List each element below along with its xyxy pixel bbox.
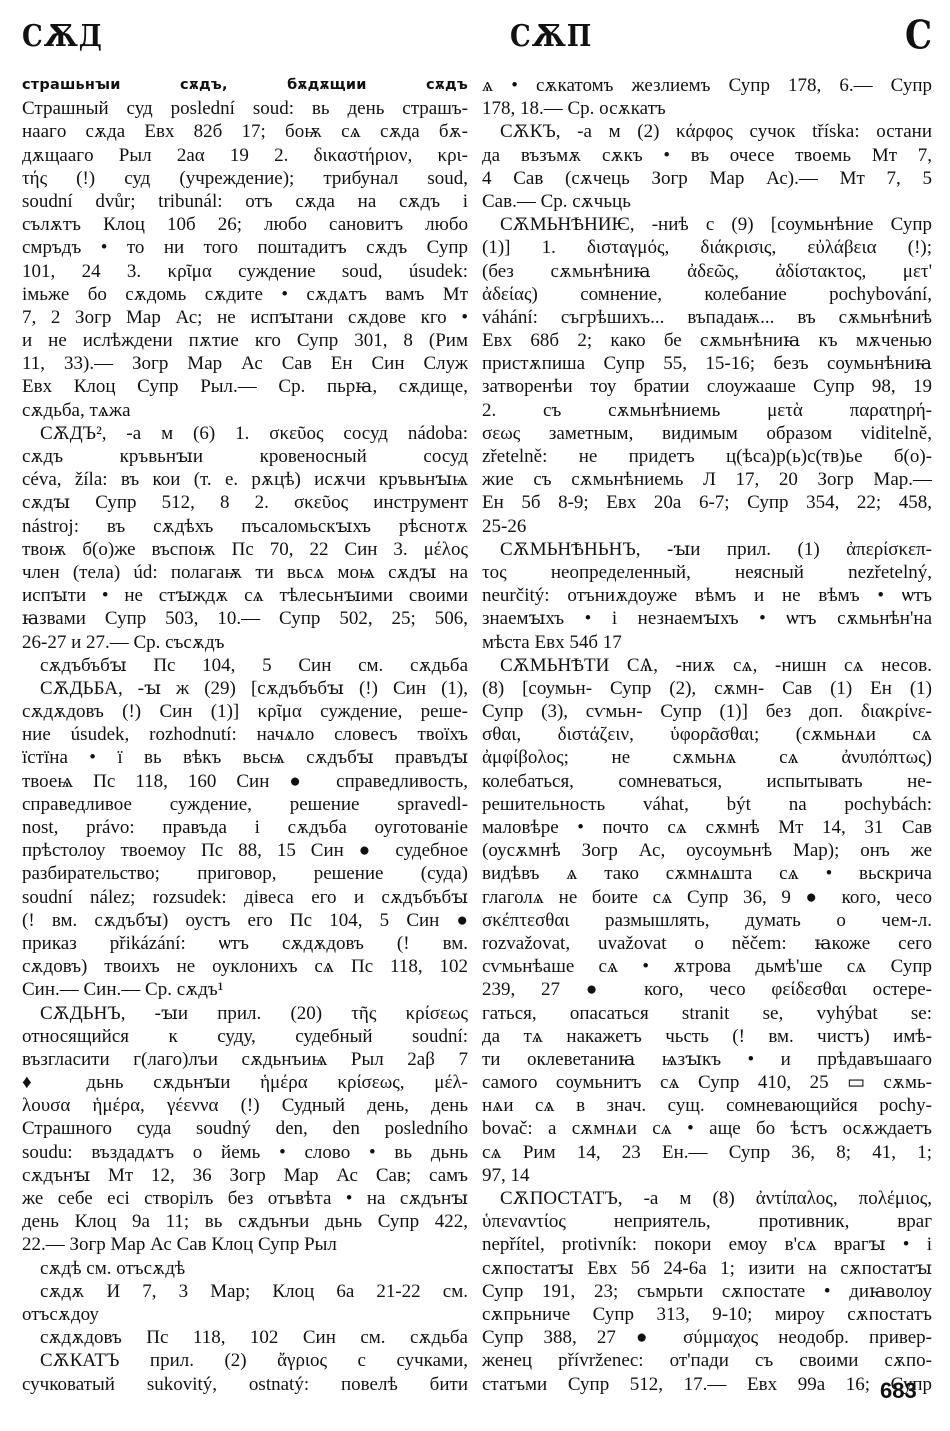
dictionary-line: soudní nález; rozsudek: дівеса его и сѫд…: [22, 886, 468, 909]
dictionary-line: сѫпрьниче Супр 313, 9-10; мироу сѫпостат…: [482, 1303, 932, 1326]
dictionary-line: же себе есі створілъ без отъвѣта • на сѫ…: [22, 1187, 468, 1210]
dictionary-line: ти оклеветаниꙗ ѩзꙑкъ • и прѣдавъшааго: [482, 1048, 932, 1071]
dictionary-line: да тѧ накажетъ чьсть (! вм. чистъ) имѣ-: [482, 1025, 932, 1048]
dictionary-line: 101, 24 3. κρῖμα суждение soud, úsudek:: [22, 260, 468, 283]
left-column: страшьнꙑи сѫдъ, бѫдѫщии сѫдъСтрашный суд…: [22, 74, 468, 1396]
dictionary-line: прѣстолоу твоемоу Пс 88, 15 Син ● судебн…: [22, 839, 468, 862]
dictionary-line: нѧи сѧ в знач. сущ. сомневающийся pochy-: [482, 1094, 932, 1117]
dictionary-line: мѣста Евх 54б 17: [482, 631, 932, 654]
dictionary-line: nost, právo: правъда і сѫдъба оуготовані…: [22, 816, 468, 839]
dictionary-line: наагo сѫда Евх 82б 17; бoѭ сѧ сѫда бѫ-: [22, 120, 468, 143]
dictionary-line: ὑπεναντίος неприятель, противник, враг: [482, 1210, 932, 1233]
right-column: ѧ • сѫкатомъ жезлиемъ Супр 178, 6.— Супр…: [482, 74, 932, 1396]
dictionary-line: 25-26: [482, 515, 932, 538]
dictionary-line: (без сѫмьнѣниꙗ ἀδεῶς, ἀδίστακτος, μετ': [482, 260, 932, 283]
dictionary-line: soudu: въздадѧтъ о йемь • слово • вь дьн…: [22, 1141, 468, 1164]
dictionary-line: СѪДЬНЪ, -ꙑи прил. (20) τῆς κρίσεως: [22, 1002, 468, 1025]
dictionary-line: справедливое суждение, решение spravedl-: [22, 793, 468, 816]
dictionary-line: сучковатый sukovitý, ostnatý: повелѣ бит…: [22, 1373, 468, 1396]
dictionary-line: váhání: съгрѣшихъ... въпадаѭ... въ сѫмьн…: [482, 306, 932, 329]
dictionary-line: твоѭ б(о)же въспоѭ Пс 70, 22 Син 3. μέλο…: [22, 538, 468, 561]
dictionary-line: σθαι, διστάζειν, ὑφορᾶσθαι; (сѫмьнѧи сѧ: [482, 723, 932, 746]
dictionary-line: самого соумьнитъ сѧ Супр 410, 25 ▭ сѫмь-: [482, 1071, 932, 1094]
dictionary-line: ѧ • сѫкатомъ жезлиемъ Супр 178, 6.— Супр: [482, 74, 932, 97]
dictionary-line: (оусѫмнѣ Зогр Ас, оусоумьнѣ Мар); онъ же: [482, 839, 932, 862]
dictionary-line: СѪПОСТАТЪ, -а м (8) ἀντίπαλος, πολέμιος,: [482, 1187, 932, 1210]
dictionary-line: сѫдънꙑ Мт 12, 36 Зогр Мар Ас Сав; самъ: [22, 1164, 468, 1187]
dictionary-line: отъсѫдоу: [22, 1303, 468, 1326]
dictionary-line: сѧ Рим 14, 23 Ен.— Супр 36, 8; 41, 1;: [482, 1141, 932, 1164]
dictionary-line: ꙗзвами Супр 503, 10.— Супр 502, 25; 506,: [22, 607, 468, 630]
running-head-left: СѪД: [22, 20, 103, 55]
dictionary-line: сѫдѫдовъ (!) Син (1)] κρῖμα суждение, ре…: [22, 700, 468, 723]
dictionary-line: 7, 2 Зогр Мар Ас; не испꙑтани сѫдове кго…: [22, 306, 468, 329]
dictionary-line: испꙑти • не стꙑждѫ сѧ тѣлесьнꙑими своими: [22, 584, 468, 607]
section-letter: С: [905, 13, 932, 59]
dictionary-line: сѫдѣ см. отъсѫдѣ: [22, 1257, 468, 1280]
dictionary-line: решительность váhat, být na pochybách:: [482, 793, 932, 816]
dictionary-line: (! вм. сѫдъбꙑ) оустъ его Пс 104, 5 Син ●: [22, 909, 468, 932]
dictionary-line: относящийся к суду, судебный soudní:: [22, 1025, 468, 1048]
dictionary-line: 26-27 и 27.— Ср. съсѫдъ: [22, 631, 468, 654]
dictionary-line: Евх 68б 2; како бе сѫмьнѣниꙗ къ мѫченью: [482, 329, 932, 352]
dictionary-line: и не ислѣждени пѫтие кго Супр 301, 8 (Ри…: [22, 329, 468, 352]
dictionary-line: разбирательство; приговор, решение (суда…: [22, 862, 468, 885]
dictionary-line: дѫщаагo Рыл 2аα 19 2. δικαστήριον, κρι-: [22, 144, 468, 167]
dictionary-line: възгласити г(лаго)лъи сѫдьнъиѩ Рыл 2аβ 7: [22, 1048, 468, 1071]
dictionary-line: Супр (3), сѵмьн- Супр (1)] без доп. διακ…: [482, 700, 932, 723]
dictionary-line: гаться, опасаться stranit se, vyhýbat se…: [482, 1002, 932, 1025]
dictionary-line: маловѣре • почто сѧ сѫмнѣ Мт 14, 31 Сав: [482, 816, 932, 839]
dictionary-line: глаголѧ не боите сѧ Супр 36, 9 ● кого, ч…: [482, 886, 932, 909]
dictionary-line: nástroj: въ сѫдѣхъ пъсаломьскꙑхъ рѣснотѫ: [22, 515, 468, 538]
dictionary-line: твоеѩ Пс 118, 160 Син ● справедливость,: [22, 770, 468, 793]
dictionary-line: ἀμφίβολος; не сѫмьнѧ сѧ ἀνυπόπτως): [482, 746, 932, 769]
dictionary-line: 97, 14: [482, 1164, 932, 1187]
dictionary-line: σεως заметным, видимым образом viditelně…: [482, 422, 932, 445]
dictionary-line: сѫдьба, тѧжа: [22, 399, 468, 422]
dictionary-line: СѪКЪ, -а м (2) κάρφος сучок tříska: оста…: [482, 120, 932, 143]
dictionary-line: імьже бо сѫдомь сѫдите • сѫдѧтъ вамъ Мт: [22, 283, 468, 306]
dictionary-line: ♦ дьнь сѫдьнꙑи ἡμέρα κρίσεως, μέλ-: [22, 1071, 468, 1094]
dictionary-line: член (тела) úd: полагаѭ ти вьсѧ моѩ сѫдꙑ…: [22, 561, 468, 584]
dictionary-line: сѫпостатꙑ Евх 5б 24-6а 1; изити на сѫпос…: [482, 1257, 932, 1280]
dictionary-line: 239, 27 ● кого, чесо φείδεσθαι остере-: [482, 978, 932, 1001]
dictionary-line: страшьнꙑи сѫдъ, бѫдѫщии сѫдъ: [22, 74, 468, 97]
dictionary-line: СѪМЬНѢНИѤ, -ниѣ с (9) [соумьнѣние Супр: [482, 213, 932, 236]
dictionary-line: жие съ сѫмьнѣниемь Л 17, 20 Зогр Мар.—: [482, 468, 932, 491]
dictionary-line: сълѫтъ Клоц 10б 26; любо сановитъ любо: [22, 213, 468, 236]
dictionary-line: Страшного суда soudný den, den posledníh…: [22, 1117, 468, 1140]
dictionary-line: приказ přikázání: ѡтъ сѫдѫдовъ (! вм.: [22, 932, 468, 955]
dictionary-line: 178, 18.— Ср. осѫкатъ: [482, 97, 932, 120]
page-header: СѪД СѪП С: [0, 0, 950, 60]
dictionary-line: знаемꙑхъ • і незнаемꙑхъ • ѡтъ сѫмьнѣн'на: [482, 607, 932, 630]
dictionary-line: Супр 191, 23; съмрьти сѫпостате • диꙗвол…: [482, 1280, 932, 1303]
dictionary-line: bovač: а сѫмнѧи сѧ • аще бо ѣстъ осѫждае…: [482, 1117, 932, 1140]
dictionary-line: soudní dvůr; tribunál: отъ сѫда на сѫдъ …: [22, 190, 468, 213]
dictionary-line: zřetelně: не придетъ ц(ѣса)р(ь)с(тв)ье б…: [482, 445, 932, 468]
dictionary-line: (8) [соумьн- Супр (2), сѫмн- Сав (1) Ен …: [482, 677, 932, 700]
dictionary-line: пристѫпиша Супр 55, 15-16; безъ соумьнѣн…: [482, 352, 932, 375]
dictionary-line: СѪМЬНѢНЬНЪ, -ꙑи прил. (1) ἀπερίσκεπ-: [482, 538, 932, 561]
dictionary-line: ние úsudek, rozhodnutí: начѧло словесъ т…: [22, 723, 468, 746]
dictionary-line: λουσα ἡμέρα, γέεννα (!) Судный день, ден…: [22, 1094, 468, 1117]
dictionary-line: rozvažovat, uvažovat o něčem: ꙗкоже сего: [482, 932, 932, 955]
dictionary-line: сѫдъбъбꙑ Пс 104, 5 Син см. сѫдьба: [22, 654, 468, 677]
dictionary-line: сѫдꙑ Супр 512, 8 2. σκεῦος инструмент: [22, 491, 468, 514]
dictionary-line: ἀδείας) сомнение, колебание pochybování,: [482, 283, 932, 306]
dictionary-line: сѫдѫдовъ Пс 118, 102 Син см. сѫдьба: [22, 1326, 468, 1349]
dictionary-line: да възъмѫ сѫкъ • въ очесе твоемь Мт 7,: [482, 144, 932, 167]
dictionary-line: сѫдъ кръвьнꙑи кровеносный сосуд: [22, 445, 468, 468]
page-number: 683: [880, 1378, 917, 1404]
dictionary-line: 4 Сав (сѫчець Зогр Мар Ас).— Мт 7, 5: [482, 167, 932, 190]
dictionary-line: Син.— Син.— Ср. сѫдъ¹: [22, 978, 468, 1001]
dictionary-line: Сав.— Ср. сѫчьць: [482, 190, 932, 213]
dictionary-line: сѵмьнѣаше сѧ • ѫтрова дьмѣ'ше сѧ Супр: [482, 955, 932, 978]
dictionary-line: neurčitý: отъниѫдоуже вѣмъ и не вѣмъ • ѡ…: [482, 584, 932, 607]
dictionary-line: СѪКАТЪ прил. (2) ἄγριος с сучками,: [22, 1349, 468, 1372]
dictionary-line: 11, 33).— Зогр Мар Ас Сав Ен Син Служ: [22, 352, 468, 375]
dictionary-line: (1)] 1. δισταγμός, διάκρισις, εὐλάβεια (…: [482, 236, 932, 259]
dictionary-line: Страшный суд poslední soud: вь день стра…: [22, 97, 468, 120]
dictionary-line: сѫдовъ) твоихъ не оуклонихъ сѧ Пс 118, 1…: [22, 955, 468, 978]
dictionary-line: Евх Клоц Супр Рыл.— Ср. пьрꙗ, сѫдище,: [22, 375, 468, 398]
dictionary-line: 22.— Зогр Мар Ас Сав Клоц Супр Рыл: [22, 1233, 468, 1256]
dictionary-line: їстїна • ї вь вѣкъ вьсѩ сѫдъбꙑ правъдꙑ: [22, 746, 468, 769]
dictionary-line: Ен 5б 8-9; Евх 20а 6-7; Супр 354, 22; 45…: [482, 491, 932, 514]
running-head-center: СѪП: [510, 20, 592, 55]
dictionary-line: СѪМЬНѢТИ СѦ, -ниѫ сѧ, -нишн сѧ несов.: [482, 654, 932, 677]
dictionary-line: видѣвъ ѧ тако сѫмнѧшта сѧ • вьскрича: [482, 862, 932, 885]
dictionary-line: σκέπτεσθαι размышлять, думать о чем-л.: [482, 909, 932, 932]
dictionary-line: сѫдѫ И 7, 3 Мар; Клоц 6а 21-22 см.: [22, 1280, 468, 1303]
dictionary-line: смръдъ • то ни того поштадитъ сѫдъ Супр: [22, 236, 468, 259]
dictionary-line: колебаться, сомневаться, испытывать не-: [482, 770, 932, 793]
dictionary-line: затворенѣи тоу братии слоужааше Супр 98,…: [482, 375, 932, 398]
dictionary-line: Супр 388, 27 ● σύμμαχος неодобр. привер-: [482, 1326, 932, 1349]
dictionary-line: nepřítel, protivník: покори емоу в'сѧ вр…: [482, 1233, 932, 1256]
dictionary-line: СѪДЬБА, -ꙑ ж (29) [сѫдъбъбꙑ (!) Син (1),: [22, 677, 468, 700]
dictionary-line: τής (!) суд (учреждение); трибунал soud,: [22, 167, 468, 190]
dictionary-line: статъми Супр 512, 17.— Евх 99а 16; Супр: [482, 1373, 932, 1396]
dictionary-line: женец přívrženec: от'пади съ своими сѫпо…: [482, 1349, 932, 1372]
dictionary-line: СѪДЪ², -а м (6) 1. σκεῦος сосуд nádoba:: [22, 422, 468, 445]
dictionary-line: céva, žíla: въ кои (т. е. рѫцѣ) исѫчи кр…: [22, 468, 468, 491]
dictionary-line: τος неопределенный, неясный nezřetelný,: [482, 561, 932, 584]
dictionary-line: день Клоц 9а 11; вь сѫдънъи дьнь Супр 42…: [22, 1210, 468, 1233]
dictionary-line: 2. съ сѫмьнѣниемь μετὰ παρατηρή-: [482, 399, 932, 422]
